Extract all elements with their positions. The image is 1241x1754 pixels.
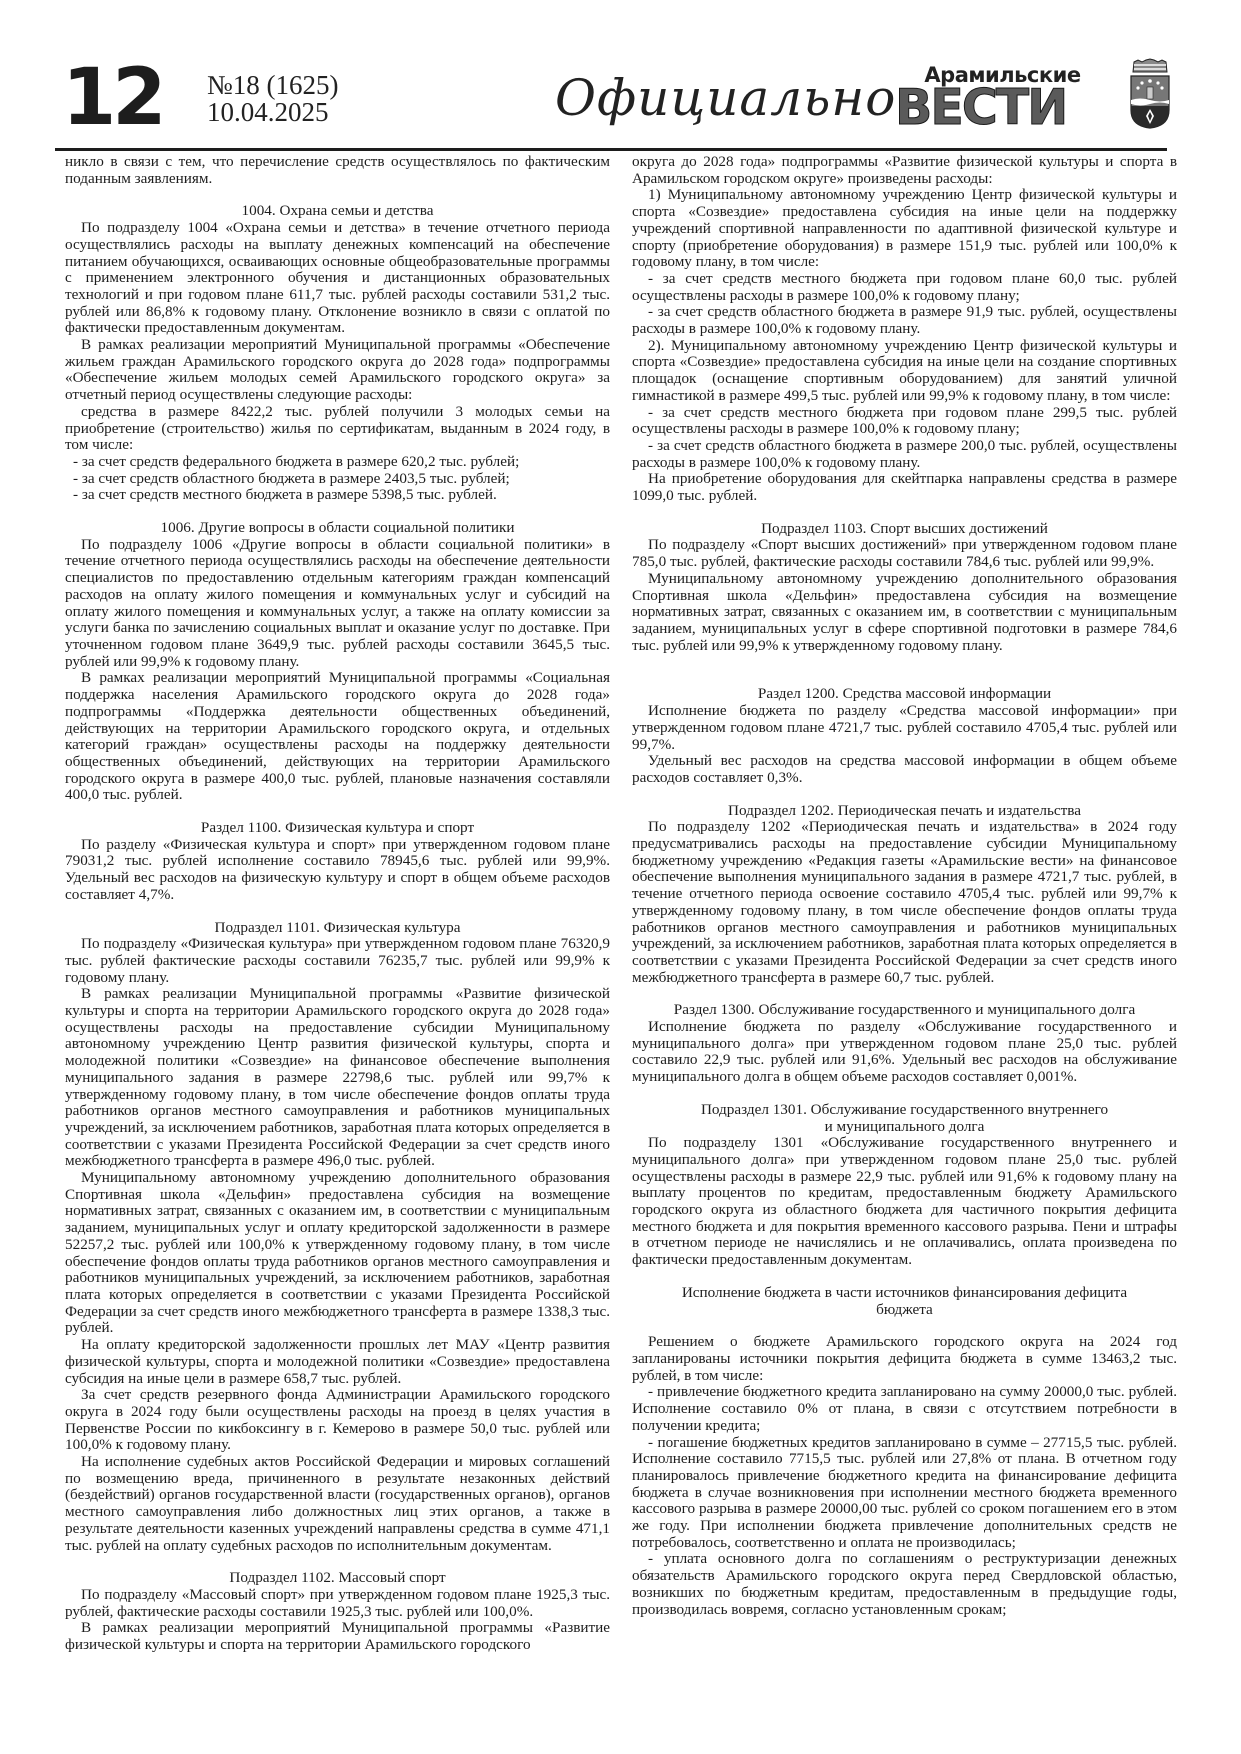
heading-line: Подраздел 1301. Обслуживание государстве… bbox=[701, 1101, 1108, 1118]
heading-1301: Подраздел 1301. Обслуживание государстве… bbox=[632, 1102, 1177, 1135]
paragraph: Исполнение бюджета по разделу «Средства … bbox=[632, 703, 1177, 753]
paragraph: По подразделу 1004 «Охрана семьи и детст… bbox=[65, 220, 610, 337]
paragraph: На приобретение оборудования для скейтпа… bbox=[632, 471, 1177, 504]
list-item: - за счет средств областного бюджета в р… bbox=[632, 438, 1177, 471]
list-item: - за счет средств областного бюджета в р… bbox=[632, 304, 1177, 337]
heading-1101: Подраздел 1101. Физическая культура bbox=[65, 920, 610, 937]
heading-1202: Подраздел 1202. Периодическая печать и и… bbox=[632, 803, 1177, 820]
list-item: - уплата основного долга по соглашениям … bbox=[632, 1551, 1177, 1618]
paragraph: В рамках реализации мероприятий Муниципа… bbox=[65, 337, 610, 404]
paragraph: По подразделу 1202 «Периодическая печать… bbox=[632, 819, 1177, 986]
paragraph: Исполнение бюджета по разделу «Обслужива… bbox=[632, 1019, 1177, 1086]
paragraph: По подразделу «Спорт высших достижений» … bbox=[632, 537, 1177, 570]
paragraph: Удельный вес расходов на средства массов… bbox=[632, 753, 1177, 786]
paragraph: По подразделу «Массовый спорт» при утвер… bbox=[65, 1587, 610, 1620]
continued-text: округа до 2028 года» подпрограммы «Разви… bbox=[632, 154, 1177, 187]
continued-text: никло в связи с тем, что перечисление ср… bbox=[65, 154, 610, 187]
heading-1103: Подраздел 1103. Спорт высших достижений bbox=[632, 521, 1177, 538]
paragraph: На оплату кредиторской задолженности про… bbox=[65, 1337, 610, 1387]
list-item: - за счет средств федерального бюджета в… bbox=[65, 454, 610, 471]
heading-1300: Раздел 1300. Обслуживание государственно… bbox=[632, 1002, 1177, 1019]
spacer bbox=[632, 1318, 1177, 1334]
heading-1102: Подраздел 1102. Массовый спорт bbox=[65, 1570, 610, 1587]
newspaper-logo: Арамильские ВЕСТИ bbox=[895, 64, 1110, 132]
heading-deficit: Исполнение бюджета в части источников фи… bbox=[632, 1285, 1177, 1318]
paragraph: По подразделу «Физическая культура» при … bbox=[65, 936, 610, 986]
paragraph: На исполнение судебных актов Российской … bbox=[65, 1454, 610, 1554]
heading-1200: Раздел 1200. Средства массовой информаци… bbox=[632, 686, 1177, 703]
paragraph: Муниципальному автономному учреждению до… bbox=[632, 571, 1177, 655]
issue-date: 10.04.2025 bbox=[207, 99, 339, 126]
page-header: 12 №18 (1625) 10.04.2025 Официально Арам… bbox=[0, 0, 1241, 150]
heading-line: Исполнение бюджета в части источников фи… bbox=[682, 1284, 1127, 1301]
list-item: - за счет средств местного бюджета в раз… bbox=[65, 487, 610, 504]
list-item: - погашение бюджетных кредитов запланиро… bbox=[632, 1435, 1177, 1552]
list-item: - за счет средств местного бюджета при г… bbox=[632, 271, 1177, 304]
paragraph: Решением о бюджете Арамильского городско… bbox=[632, 1334, 1177, 1384]
paragraph: В рамках реализации Муниципальной програ… bbox=[65, 986, 610, 1170]
paragraph: По подразделу 1006 «Другие вопросы в обл… bbox=[65, 537, 610, 671]
logo-main-text: ВЕСТИ bbox=[895, 84, 1110, 132]
header-divider bbox=[55, 148, 1167, 151]
right-column: округа до 2028 года» подпрограммы «Разви… bbox=[632, 154, 1177, 1618]
section-title: Официально bbox=[555, 70, 896, 126]
list-item: - за счет средств областного бюджета в р… bbox=[65, 471, 610, 488]
heading-1004: 1004. Охрана семьи и детства bbox=[65, 203, 610, 220]
heading-line: бюджета bbox=[876, 1301, 933, 1318]
heading-1006: 1006. Другие вопросы в области социально… bbox=[65, 520, 610, 537]
spacer bbox=[632, 654, 1177, 670]
page-number: 12 bbox=[62, 58, 163, 138]
issue-number: №18 (1625) bbox=[207, 72, 339, 99]
left-column: никло в связи с тем, что перечисление ср… bbox=[65, 154, 610, 1654]
issue-info: №18 (1625) 10.04.2025 bbox=[207, 72, 339, 126]
heading-line: и муниципального долга bbox=[825, 1118, 985, 1135]
coat-of-arms-icon bbox=[1128, 58, 1172, 130]
paragraph: В рамках реализации мероприятий Муниципа… bbox=[65, 670, 610, 804]
list-item: - привлечение бюджетного кредита заплани… bbox=[632, 1384, 1177, 1434]
heading-1100: Раздел 1100. Физическая культура и спорт bbox=[65, 820, 610, 837]
paragraph: По подразделу 1301 «Обслуживание государ… bbox=[632, 1135, 1177, 1269]
paragraph: Муниципальному автономному учреждению до… bbox=[65, 1170, 610, 1337]
paragraph: средства в размере 8422,2 тыс. рублей по… bbox=[65, 404, 610, 454]
paragraph: По разделу «Физическая культура и спорт»… bbox=[65, 837, 610, 904]
numbered-item: 2). Муниципальному автономному учреждени… bbox=[632, 338, 1177, 405]
list-item: - за счет средств местного бюджета при г… bbox=[632, 405, 1177, 438]
paragraph: За счет средств резервного фонда Админис… bbox=[65, 1387, 610, 1454]
numbered-item: 1) Муниципальному автономному учреждению… bbox=[632, 187, 1177, 271]
paragraph: В рамках реализации мероприятий Муниципа… bbox=[65, 1620, 610, 1653]
